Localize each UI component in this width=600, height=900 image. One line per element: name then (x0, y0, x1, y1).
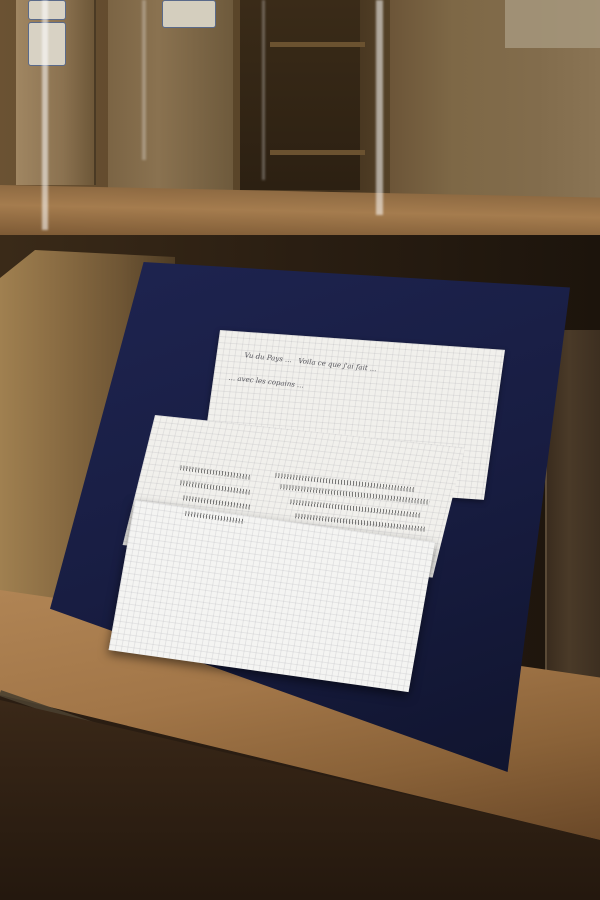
glass-reflection (376, 0, 383, 215)
glass-reflection (262, 0, 265, 180)
shelf-rail (270, 42, 365, 47)
shelf-rail (270, 150, 365, 155)
handwritten-letter: Vu du Pays ... Voila ce que j'ai fait ..… (125, 330, 495, 670)
box-label (162, 0, 216, 28)
museum-display-photo: Vu du Pays ... Voila ce que j'ai fait ..… (0, 0, 600, 900)
glass-reflection (42, 0, 48, 230)
archive-box-center (108, 0, 233, 193)
box-label (505, 0, 600, 48)
inner-shelf-compartment (240, 0, 360, 190)
glass-reflection (142, 0, 146, 160)
